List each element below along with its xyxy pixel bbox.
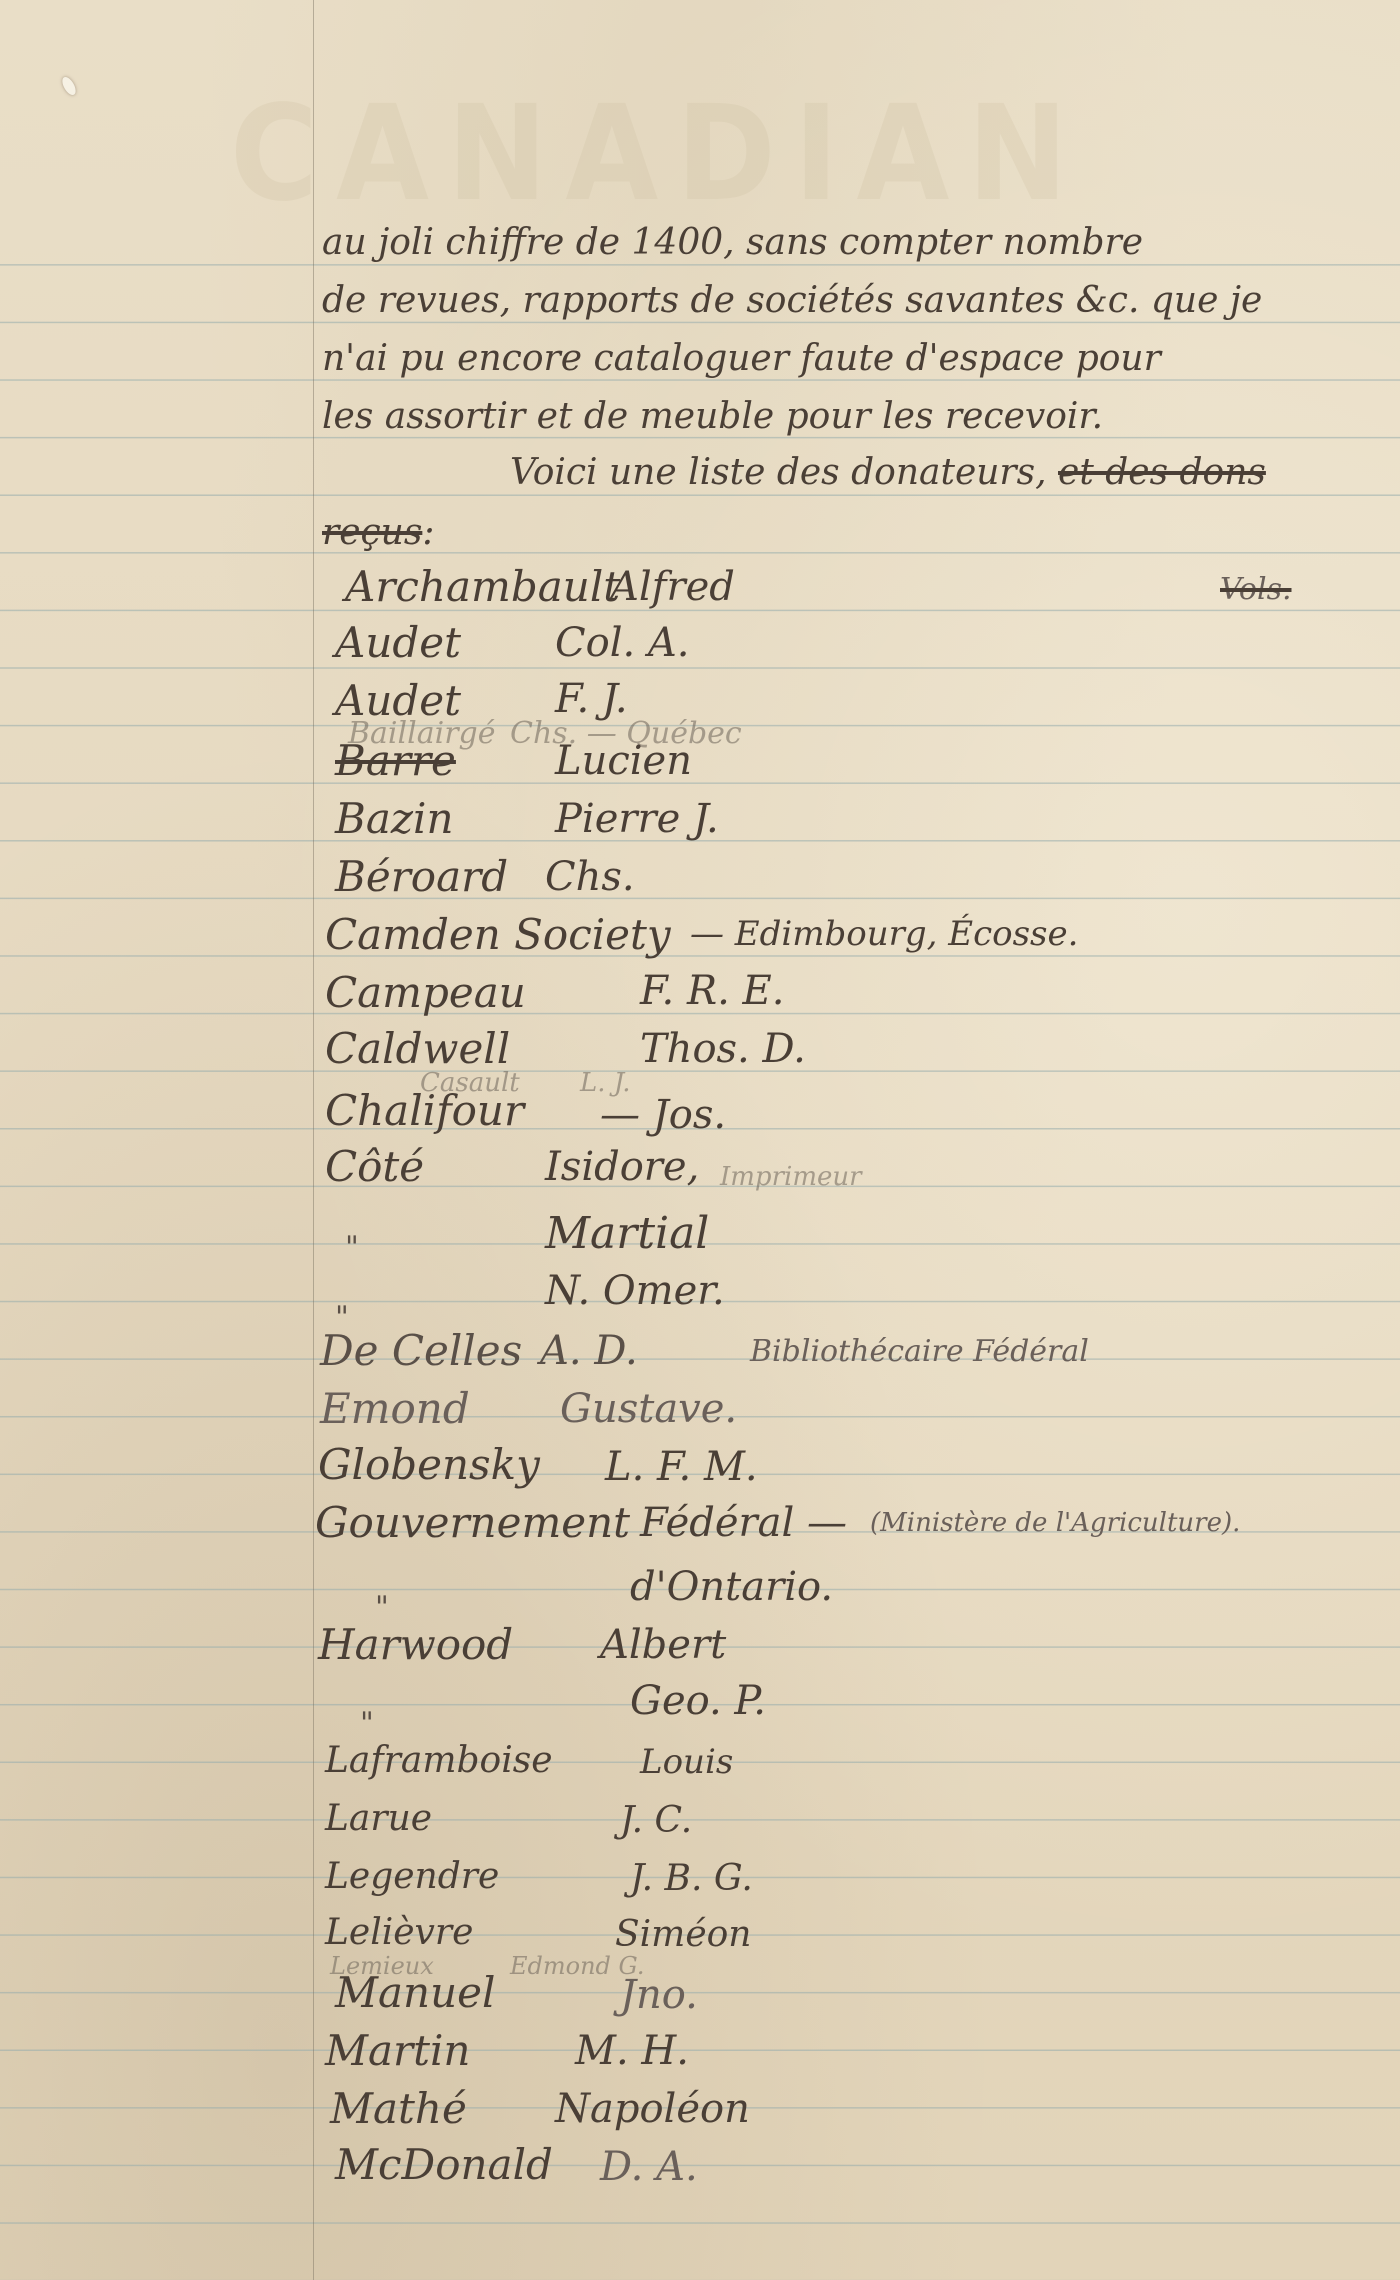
donor-9-surname: Caldwell — [325, 1024, 510, 1073]
struck-phrase: et des dons — [1058, 452, 1266, 493]
donor-29-surname: Mathé — [330, 2084, 467, 2133]
donor-21-given: Geo. P. — [630, 1678, 766, 1724]
donor-16-given: Gustave. — [560, 1386, 737, 1432]
donor-0-surname: Archambault — [345, 562, 620, 611]
donor-28-surname: Martin — [325, 2026, 470, 2075]
donor-24-surname: Legendre — [325, 1856, 499, 1897]
manuscript-page: CANADIAN au joli chiffre de 1400, sans c… — [0, 0, 1400, 2280]
donor-18-given: Fédéral — — [640, 1500, 847, 1546]
donor-4-given: Lucien — [555, 738, 692, 784]
punch-hole-icon — [60, 75, 79, 97]
donor-8-given: F. R. E. — [640, 968, 784, 1014]
donor-29-given: Napoléon — [555, 2086, 750, 2132]
donor-5-given: Pierre J. — [555, 796, 719, 842]
donor-6-given: Chs. — [545, 854, 635, 900]
donor-9-given: Thos. D. — [640, 1026, 806, 1072]
donor-27-given: Jno. — [620, 1972, 698, 2018]
donor-1-surname: Audet — [335, 618, 461, 667]
donor-0-given: Alfred — [610, 564, 735, 610]
donor-13-given: Martial — [545, 1208, 709, 1259]
donor-24-given: J. B. G. — [630, 1858, 753, 1899]
donor-14-given: N. Omer. — [545, 1268, 725, 1314]
donor-25-given: Siméon — [615, 1914, 751, 1955]
donor-12-surname: Côté — [325, 1142, 424, 1191]
donor-18-note: (Ministère de l'Agriculture). — [870, 1508, 1240, 1538]
donor-20-surname: Harwood — [318, 1620, 513, 1669]
struck-word: reçus — [322, 512, 422, 553]
body-line-5: Voici une liste des donateurs, et des do… — [510, 452, 1266, 493]
donor-30-given: D. A. — [600, 2144, 698, 2190]
donor-8-surname: Campeau — [325, 968, 526, 1017]
donor-21-ditto: " — [360, 1706, 374, 1741]
donor-30-surname: McDonald — [335, 2140, 553, 2189]
donor-12-note: Imprimeur — [720, 1162, 862, 1192]
body-line-4: les assortir et de meuble pour les recev… — [322, 396, 1103, 437]
body-line-2: de revues, rapports de sociétés savantes… — [322, 280, 1262, 321]
donor-7-given: — Edimbourg, Écosse. — [690, 914, 1078, 954]
donor-5-surname: Bazin — [335, 794, 454, 843]
donor-11-given: — Jos. — [600, 1092, 726, 1138]
margin-line — [313, 0, 314, 2280]
donor-28-given: M. H. — [575, 2028, 689, 2074]
donor-7-surname: Camden Society — [325, 910, 671, 959]
donor-18-surname: Gouvernement — [315, 1498, 630, 1547]
donor-25-surname: Lelièvre — [325, 1912, 473, 1953]
donor-22-given: Louis — [640, 1742, 733, 1782]
donor-19-given: d'Ontario. — [630, 1564, 833, 1610]
donor-20-given: Albert — [600, 1622, 726, 1668]
donor-23-surname: Larue — [325, 1798, 432, 1839]
donor-11-surname: Chalifour — [325, 1086, 524, 1135]
donor-6-surname: Béroard — [335, 852, 508, 901]
donor-27-surname: Manuel — [335, 1968, 495, 2017]
donor-12-given: Isidore, — [545, 1144, 699, 1190]
donor-4-surname: Barre — [335, 736, 456, 785]
body-line-6: reçus: — [322, 512, 434, 553]
donor-17-given: L. F. M. — [605, 1444, 758, 1490]
donor-22-surname: Laframboise — [325, 1740, 553, 1781]
donor-23-given: J. C. — [620, 1800, 692, 1841]
margin-note-struck: Vols. — [1220, 572, 1292, 607]
watermark: CANADIAN — [230, 78, 1086, 231]
body-line-1: au joli chiffre de 1400, sans compter no… — [322, 222, 1143, 263]
donor-15-given: A. D. — [540, 1328, 638, 1374]
donor-16-surname: Emond — [320, 1384, 470, 1433]
colon: : — [422, 512, 434, 553]
donor-15-surname: De Celles — [320, 1326, 522, 1375]
donor-17-surname: Globensky — [318, 1440, 540, 1489]
donor-15-note: Bibliothécaire Fédéral — [750, 1334, 1089, 1369]
donor-1-given: Col. A. — [555, 620, 690, 666]
donor-13-ditto: " — [345, 1230, 359, 1265]
body-line-3: n'ai pu encore cataloguer faute d'espace… — [322, 338, 1161, 379]
intro-text: Voici une liste des donateurs, — [510, 452, 1047, 493]
